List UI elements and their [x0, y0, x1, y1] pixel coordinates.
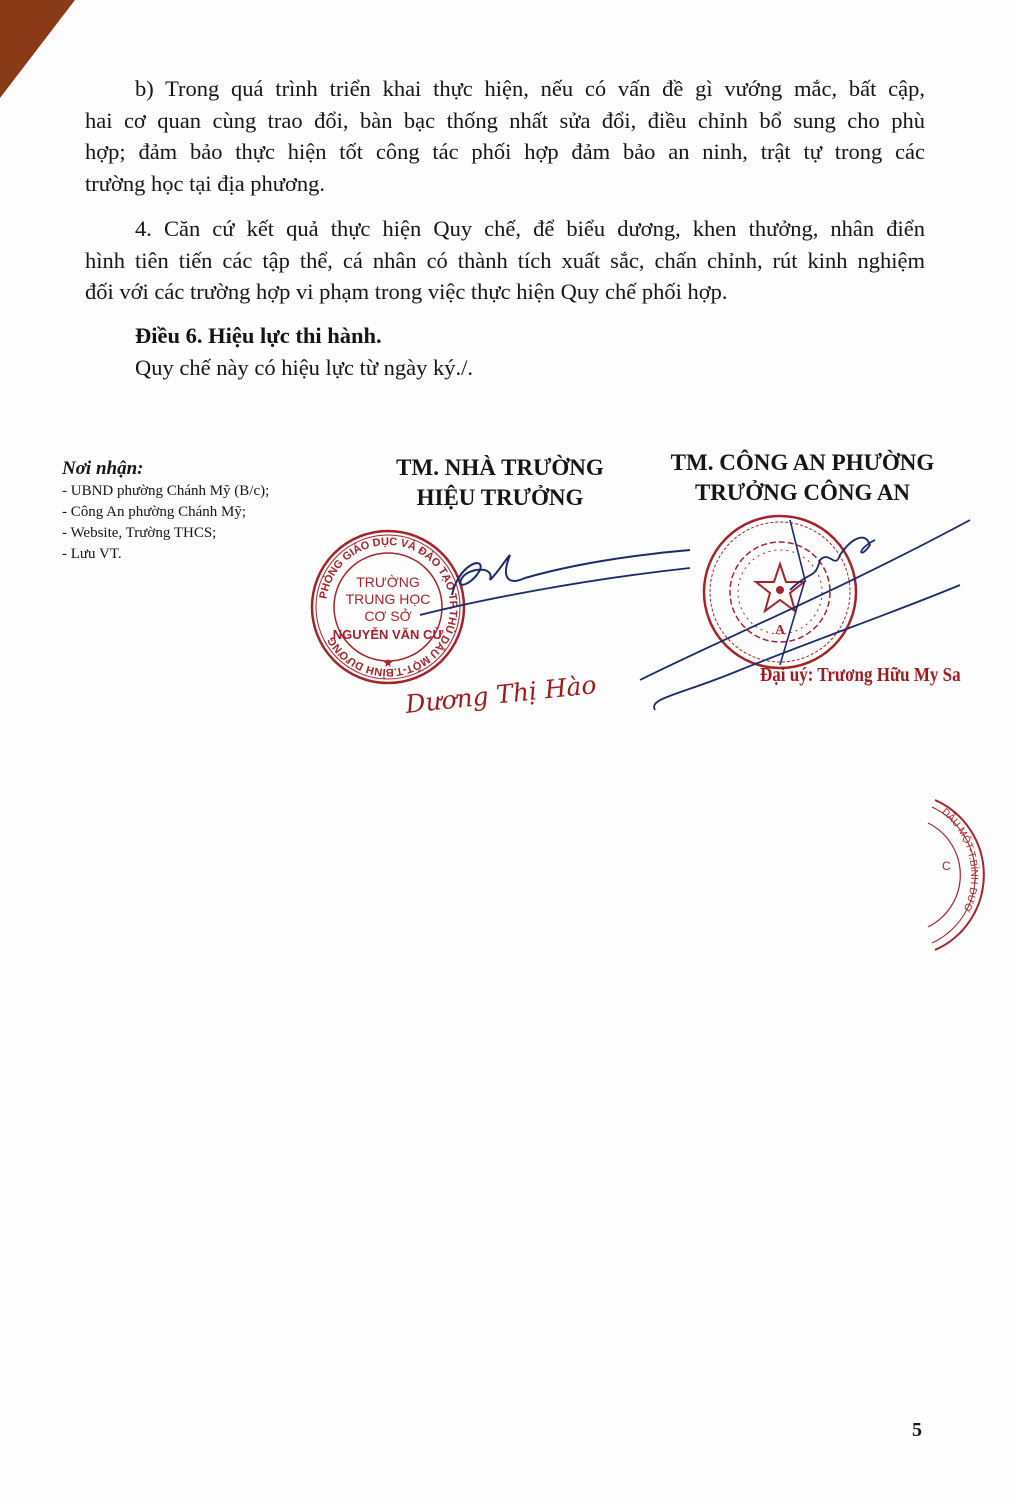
text-line: hợp; đảm bảo thực hiện tốt công tác phối… — [85, 136, 925, 168]
recipient-item: - Lưu VT. — [62, 544, 269, 565]
recipient-item: - Website, Trường THCS; — [62, 523, 269, 544]
wood-background-corner — [0, 0, 75, 98]
recipients-title: Nơi nhận: — [62, 457, 269, 481]
recipient-item: - UBND phường Chánh Mỹ (B/c); — [62, 481, 269, 502]
text-line: 4. Căn cứ kết quả thực hiện Quy chế, để … — [85, 213, 925, 245]
recipient-item: - Công An phường Chánh Mỹ; — [62, 502, 269, 523]
stamp-inner-line: NGUYỄN VĂN CỪ — [333, 627, 444, 642]
article-heading: Điều 6. Hiệu lực thi hành. — [85, 320, 925, 352]
text-line: đối với các trường hợp vi phạm trong việ… — [85, 276, 925, 308]
svg-text:★: ★ — [383, 656, 394, 670]
police-signature-heading: TM. CÔNG AN PHƯỜNG TRƯỞNG CÔNG AN — [645, 448, 960, 508]
recipients-block: Nơi nhận: - UBND phường Chánh Mỹ (B/c); … — [62, 457, 269, 565]
article-text: Quy chế này có hiệu lực từ ngày ký./. — [85, 352, 925, 384]
police-heading-line1: TM. CÔNG AN PHƯỜNG — [645, 448, 960, 478]
svg-text:C: C — [942, 859, 951, 873]
page-number: 5 — [912, 1419, 922, 1442]
partial-stamp: DẦU MỘT-T.BÌNH DƯƠ C — [920, 795, 1015, 955]
text-line: trường học tại địa phương. — [85, 168, 925, 200]
article-6: Điều 6. Hiệu lực thi hành. Quy chế này c… — [85, 320, 925, 383]
text-line: hình tiên tiến các tập thể, cá nhân có t… — [85, 245, 925, 277]
paragraph-b: b) Trong quá trình triển khai thực hiện,… — [85, 73, 925, 199]
text-line: b) Trong quá trình triển khai thực hiện,… — [85, 73, 925, 105]
school-signature-heading: TM. NHÀ TRƯỜNG HIỆU TRƯỞNG — [380, 453, 620, 513]
paragraph-4: 4. Căn cứ kết quả thực hiện Quy chế, để … — [85, 213, 925, 308]
text-line: hai cơ quan cùng trao đổi, bàn bạc thống… — [85, 105, 925, 137]
police-signature-ink — [640, 520, 980, 720]
police-signer-name: Đại uý: Trương Hữu My Sa — [760, 664, 961, 687]
school-heading-line2: HIỆU TRƯỞNG — [380, 483, 620, 513]
police-heading-line2: TRƯỞNG CÔNG AN — [645, 478, 960, 508]
school-heading-line1: TM. NHÀ TRƯỜNG — [380, 453, 620, 483]
